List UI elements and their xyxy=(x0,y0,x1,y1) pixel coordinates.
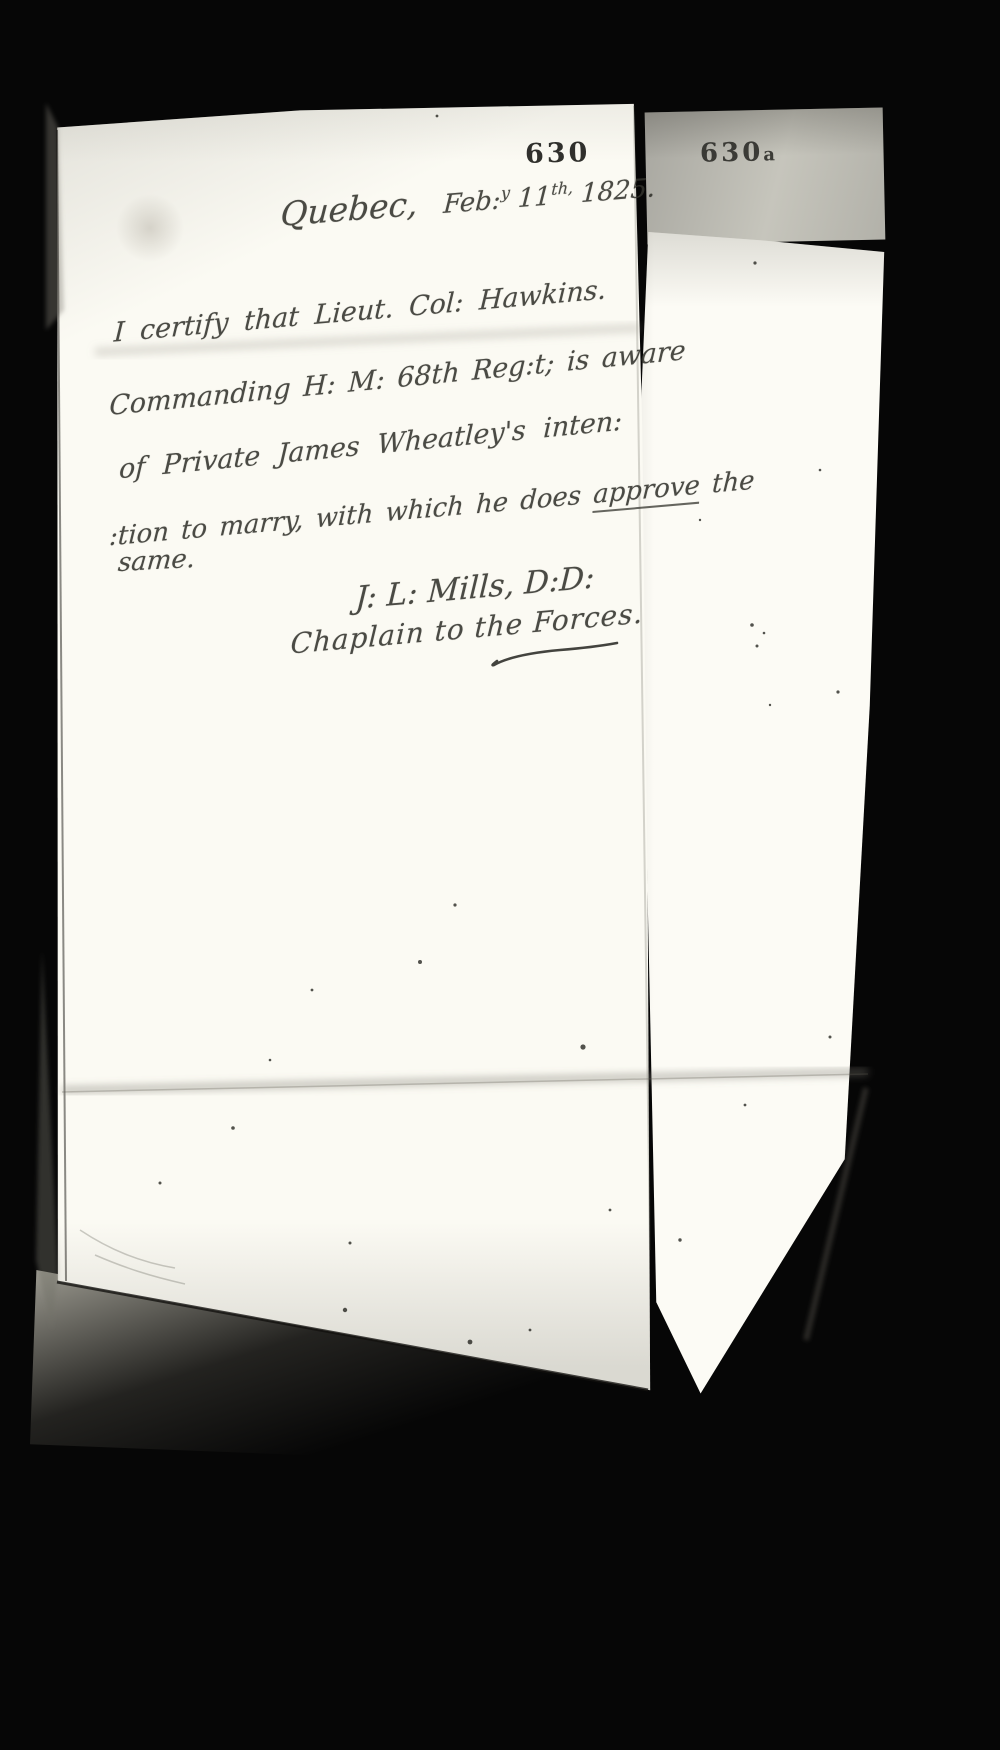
page-number-back-suffix: a xyxy=(763,144,775,165)
back-page xyxy=(616,225,888,1397)
dateline-year: 1825. xyxy=(580,173,656,209)
dateline-day-sup: th, xyxy=(551,178,574,199)
microfilm-scan: 630 630a Quebec,Feb:y 11th, 1825. I cert… xyxy=(0,0,1000,1750)
page-number-stamp-back: 630a xyxy=(700,137,775,168)
body-line-4-post: the xyxy=(699,466,755,501)
back-page-top-strip xyxy=(645,108,886,245)
dateline-month: Feb: xyxy=(442,185,501,220)
dateline-day: 11 xyxy=(517,181,552,214)
dateline-month-sup: y xyxy=(500,183,510,203)
body-line-5: same. xyxy=(117,544,197,578)
page-number-front: 630 xyxy=(525,137,591,170)
page-number-back: 630 xyxy=(700,138,764,169)
page-number-stamp-front: 630 xyxy=(525,137,591,170)
